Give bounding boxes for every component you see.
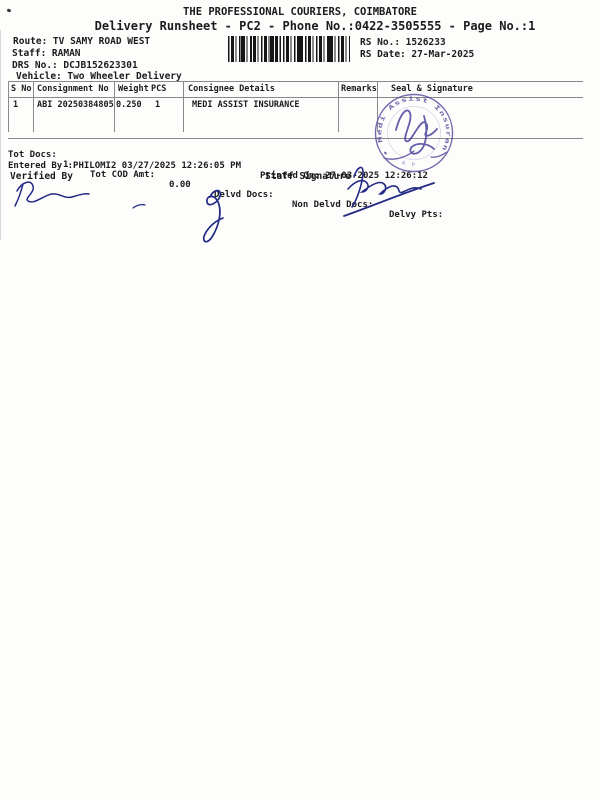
verified-signature-flourish: [17, 182, 89, 202]
staff-label: Staff:: [12, 48, 46, 59]
row-weight: 0.250: [116, 100, 142, 110]
entered-by-text: Entered By :PHILOMI2 03/27/2025 12:26:05…: [8, 161, 241, 171]
col-header-s-no: S No: [11, 84, 31, 94]
delvy-pts-label: Delvy Pts:: [389, 210, 443, 220]
drs-no-line: DRS No.:DCJB152623301: [12, 60, 138, 71]
tot-cod-amt-value: 0.00: [169, 180, 191, 190]
staff-signature-label: Staff Signature: [265, 171, 351, 182]
delivery-runsheet-document: THE PROFESSIONAL COURIERS, COIMBATORE De…: [0, 0, 600, 800]
audit-row: Entered By :PHILOMI2 03/27/2025 12:26:05…: [0, 151, 600, 162]
table-vline-remarks: [377, 82, 378, 132]
row-s-no: 1: [13, 100, 18, 110]
table-header-border: [8, 97, 583, 98]
verified-by-signature: [15, 182, 145, 208]
page-subtitle: Delivery Runsheet - PC2 - Phone No.:0422…: [15, 19, 600, 33]
tot-cod-amt-label: Tot COD Amt:: [90, 170, 155, 180]
delvd-docs-label: Delvd Docs:: [214, 190, 274, 200]
col-header-pcs: PCS: [151, 84, 166, 94]
rs-no-value: 1526233: [406, 37, 446, 48]
non-delvd-docs-label: Non Delvd Docs:: [292, 200, 373, 210]
route-label: Route:: [13, 36, 47, 47]
col-header-consignment-no: Consignment No: [37, 84, 109, 94]
col-header-weight: Weight: [118, 84, 149, 94]
route-value: TV SAMY ROAD WEST: [53, 36, 150, 47]
col-header-remarks: Remarks: [341, 84, 377, 94]
staff-signature-name: [348, 181, 421, 194]
table-top-border: [8, 81, 583, 82]
table-vline-sno: [33, 82, 34, 132]
route-line: Route:TV SAMY ROAD WEST: [13, 36, 150, 47]
rs-no-label: RS No.:: [360, 37, 400, 48]
drs-no-value: DCJB152623301: [63, 60, 137, 71]
rs-date-line: RS Date:27-Mar-2025: [360, 49, 474, 60]
table-vline-consignee: [338, 82, 339, 132]
stray-pen-mark: [133, 205, 145, 208]
staff-line: Staff:RAMAN: [12, 48, 81, 59]
row-consignee: MEDI ASSIST INSURANCE: [192, 100, 299, 110]
staff-value: RAMAN: [52, 48, 81, 59]
table-vline-consignment: [114, 82, 115, 132]
table-vline-pcs: [183, 82, 184, 132]
rs-no-line: RS No.:1526233: [360, 37, 446, 48]
verified-by-label: Verified By: [10, 171, 73, 182]
table-bottom-border: [8, 138, 583, 139]
rs-barcode: [228, 36, 350, 62]
stamp-signature-stroke-1: [396, 110, 437, 141]
row-consignment-no: ABI 20250384805: [37, 100, 114, 110]
rs-date-value: 27-Mar-2025: [411, 49, 474, 60]
page-title: THE PROFESSIONAL COURIERS, COIMBATORE: [0, 6, 600, 18]
table-vline-left: [8, 82, 9, 132]
col-header-seal-signature: Seal & Signature: [391, 84, 473, 94]
rs-date-label: RS Date:: [360, 49, 406, 60]
totals-row: Tot Docs: 1 Tot COD Amt: 0.00 Delvd Docs…: [0, 140, 600, 151]
col-header-consignee-details: Consignee Details: [188, 84, 275, 94]
row-pcs: 1: [155, 100, 160, 110]
drs-no-label: DRS No.:: [12, 60, 58, 71]
